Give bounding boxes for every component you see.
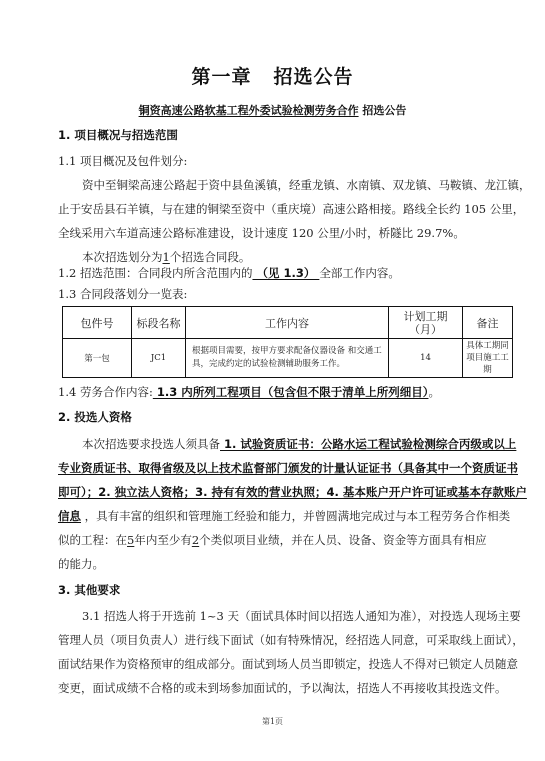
projects-suffix: 个类似项目业绩，并在人员、设备、资金等方面具有相应 [199, 533, 487, 547]
qualification-requirement-2: 专业资质证书、取得省级及以上技术监督部门颁发的计量认证证书（具备其中一个资质证书 [58, 461, 518, 475]
scope-prefix: 1.2 招选范围：合同段内所含范围内的 [58, 266, 252, 280]
project-overview-line-2: 止于安岳县石羊镇，与在建的铜梁至资中（重庆境）高速公路相接。路线全长约 105 … [58, 200, 524, 218]
header-planned-period: 计划工期 （月） [389, 307, 463, 339]
subtitle-suffix: 招选公告 [359, 104, 407, 117]
section-count-suffix: 个招选合同段。 [170, 250, 251, 264]
header-section-name: 标段名称 [132, 307, 186, 339]
scope-suffix: 全部工作内容。 [319, 266, 400, 280]
cell-section-name: JC1 [132, 339, 186, 378]
projects-prefix: 年内至少有 [134, 533, 192, 547]
header-remarks: 备注 [463, 307, 513, 339]
qualification-requirement-3: 即可）；2. 独立法人资格；3. 持有有效的营业执照；4. 基本账户开户许可证或… [58, 485, 527, 499]
announcement-subtitle: 铜资高速公路软基工程外委试验检测劳务合作 招选公告 [0, 102, 545, 118]
table-header-row: 包件号 标段名称 工作内容 计划工期 （月） 备注 [63, 307, 513, 339]
other-requirements-line-1: 3.1 招选人将于开选前 1~3 天（面试具体时间以招选人通知为准），对投选人现… [82, 607, 521, 625]
qualification-line-3: 即可）；2. 独立法人资格；3. 持有有效的营业执照；4. 基本账户开户许可证或… [58, 483, 527, 501]
section-1-heading: 1. 项目概况与招选范围 [58, 127, 178, 143]
qualification-line-5: 似的工程：在 5 年内至少有 2 个类似项目业绩，并在人员、设备、资金等方面具有… [58, 531, 487, 549]
qualification-requirement-1: 1. 试验资质证书：公路水运工程试验检测综合丙级或以上 [220, 437, 516, 451]
cell-work-content: 根据项目需要，按甲方要求配备仪器设备 和交通工具，完成约定的试验检测辅助服务工作… [186, 339, 389, 378]
cell-planned-period: 14 [389, 339, 463, 378]
header-work-content: 工作内容 [186, 307, 389, 339]
labor-content-value: 1.3 内所列工程项目（包含但不限于清单上所列细目） [153, 385, 429, 399]
subsection-1-3-label: 1.3 合同段落划分一览表: [58, 285, 187, 303]
scope-reference: （见 1.3） [252, 266, 319, 280]
chapter-title: 第一章招选公告 [0, 62, 545, 89]
years-prefix: 似的工程：在 [58, 533, 127, 547]
section-count-prefix: 本次招选划分为 [82, 250, 163, 264]
experience-requirement: ，具有丰富的组织和管理施工经验和能力，并曾圆满地完成过与本工程劳务合作相类 [81, 509, 510, 523]
document-page: 第一章招选公告 铜资高速公路软基工程外委试验检测劳务合作 招选公告 1. 项目概… [0, 0, 545, 761]
qualification-line-2: 专业资质证书、取得省级及以上技术监督部门颁发的计量认证证书（具备其中一个资质证书 [58, 459, 518, 477]
subsection-1-4: 1.4 劳务合作内容: 1.3 内所列工程项目（包含但不限于清单上所列细目）。 [58, 383, 440, 401]
section-3-heading: 3. 其他要求 [58, 582, 120, 598]
cell-remarks: 具体工期同项目施工工期 [463, 339, 513, 378]
header-period-line-1: 计划工期 [391, 310, 460, 323]
contract-section-table: 包件号 标段名称 工作内容 计划工期 （月） 备注 第一包 JC1 根据项目需要… [62, 306, 513, 378]
project-overview-line-3: 全线采用六车道高速公路标准建设，设计速度 120 公里/小时，桥隧比 29.7%… [58, 224, 465, 242]
project-name: 铜资高速公路软基工程外委试验检测劳务合作 [139, 104, 359, 117]
qualification-line-1: 本次招选要求投选人须具备 1. 试验资质证书：公路水运工程试验检测综合丙级或以上 [82, 435, 516, 453]
header-package: 包件号 [63, 307, 132, 339]
labor-content-prefix: 1.4 劳务合作内容: [58, 385, 153, 399]
chapter-number: 第一章 [191, 66, 251, 88]
other-requirements-line-4: 变更，面试成绩不合格的或未到场参加面试的，予以淘汰，招选人不再接收其投选文件。 [58, 679, 507, 697]
qualification-requirement-4: 信息 [58, 509, 81, 523]
cell-package: 第一包 [63, 339, 132, 378]
subsection-1-2: 1.2 招选范围：合同段内所含范围内的 （见 1.3） 全部工作内容。 [58, 264, 400, 282]
header-period-line-2: （月） [391, 323, 460, 336]
qualification-line-6: 的能力。 [58, 555, 104, 573]
other-requirements-line-3: 面试结果作为资格预审的组成部分。面试到场人员当即锁定，投选人不得对已锁定人员随意 [58, 655, 518, 673]
section-2-heading: 2. 投选人资格 [58, 409, 132, 425]
qualification-prefix: 本次招选要求投选人须具备 [82, 437, 220, 451]
subsection-1-1-label: 1.1 项目概况及包件划分: [58, 152, 187, 170]
table-row: 第一包 JC1 根据项目需要，按甲方要求配备仪器设备 和交通工具，完成约定的试验… [63, 339, 513, 378]
page-number: 第1页 [0, 716, 545, 727]
project-overview-line-1: 资中至铜梁高速公路起于资中县鱼溪镇，经重龙镇、水南镇、双龙镇、马鞍镇、龙江镇， [82, 176, 531, 194]
qualification-line-4: 信息 ，具有丰富的组织和管理施工经验和能力，并曾圆满地完成过与本工程劳务合作相类 [58, 507, 510, 525]
chapter-name: 招选公告 [274, 66, 354, 88]
other-requirements-line-2: 管理人员（项目负责人）进行线下面试（如有特殊情况，经招选人同意，可采取线上面试）… [58, 631, 524, 649]
labor-content-suffix: 。 [428, 385, 440, 399]
